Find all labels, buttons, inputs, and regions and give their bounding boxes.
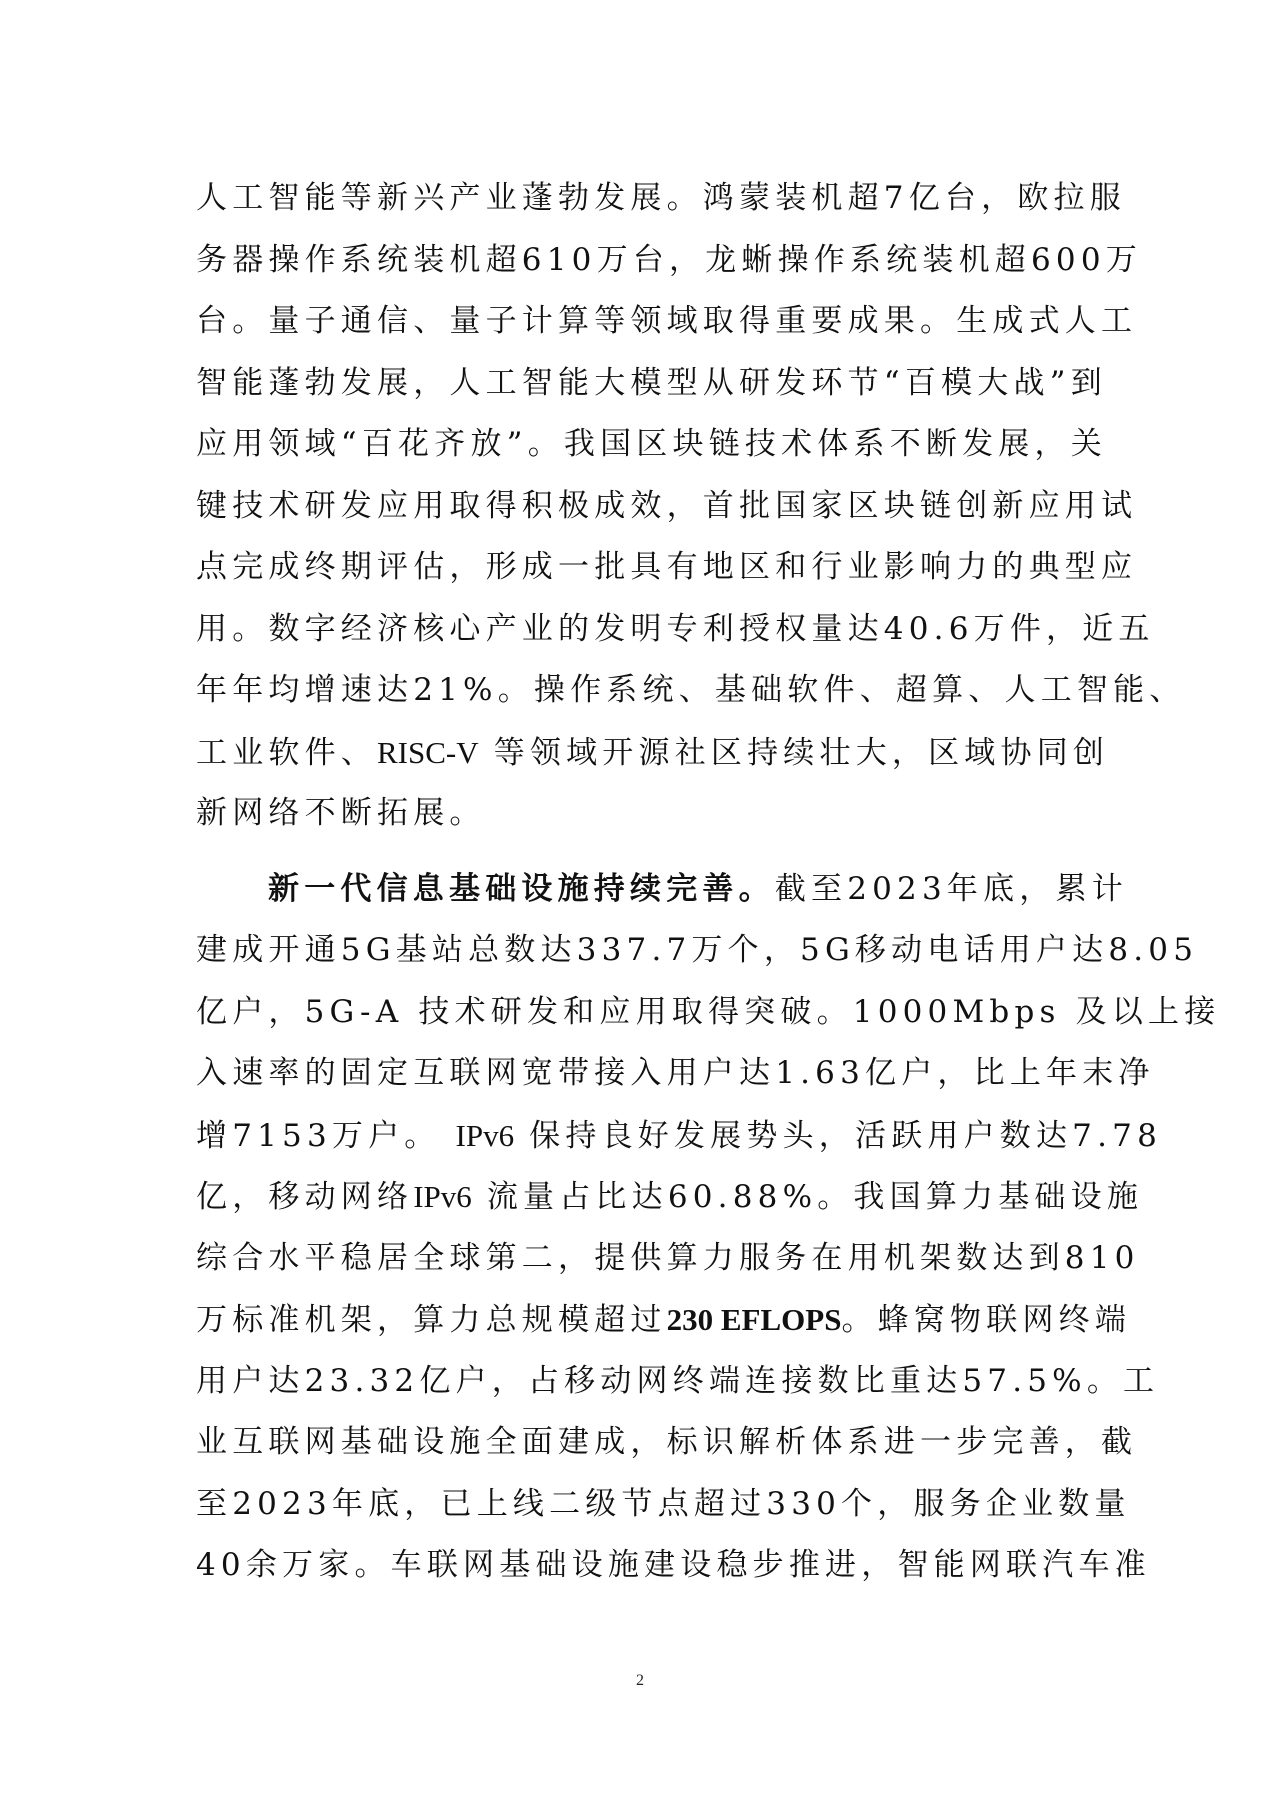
text-line: 新一代信息基础设施持续完善。截至2023年底，累计 bbox=[196, 859, 1096, 921]
text-line: 至2023年底，已上线二级节点超过330个，服务企业数量 bbox=[196, 1474, 1096, 1536]
text-line: 综合水平稳居全球第二，提供算力服务在用机架数达到810 bbox=[196, 1228, 1096, 1290]
paragraph-1: 人工智能等新兴产业蓬勃发展。鸿蒙装机超7亿台，欧拉服 务器操作系统装机超610万… bbox=[196, 168, 1096, 845]
latin-term: IPv6 bbox=[456, 1118, 515, 1153]
text-line: 万标准机架，算力总规模超过230 EFLOPS。蜂窝物联网终端 bbox=[196, 1289, 1096, 1351]
latin-term: RISC-V bbox=[377, 735, 479, 770]
text-line: 亿户，5G-A 技术研发和应用取得突破。1000Mbps 及以上接 bbox=[196, 982, 1096, 1044]
body-text: 人工智能等新兴产业蓬勃发展。鸿蒙装机超7亿台，欧拉服 务器操作系统装机超610万… bbox=[196, 168, 1096, 1597]
text-line: 工业软件、RISC-V 等领域开源社区持续壮大，区域协同创 bbox=[196, 722, 1096, 784]
text-line: 用。数字经济核心产业的发明专利授权量达40.6万件，近五 bbox=[196, 599, 1096, 661]
text-line: 40余万家。车联网基础设施建设稳步推进，智能网联汽车准 bbox=[196, 1535, 1096, 1597]
text-line: 点完成终期评估，形成一批具有地区和行业影响力的典型应 bbox=[196, 537, 1096, 599]
text-line: 建成开通5G基站总数达337.7万个，5G移动电话用户达8.05 bbox=[196, 920, 1096, 982]
text-line: 业互联网基础设施全面建成，标识解析体系进一步完善，截 bbox=[196, 1412, 1096, 1474]
text-line: 入速率的固定互联网宽带接入用户达1.63亿户，比上年末净 bbox=[196, 1043, 1096, 1105]
text-line: 台。量子通信、量子计算等领域取得重要成果。生成式人工 bbox=[196, 291, 1096, 353]
text-line: 键技术研发应用取得积极成效，首批国家区块链创新应用试 bbox=[196, 476, 1096, 538]
text-line: 增7153万户。 IPv6 保持良好发展势头，活跃用户数达7.78 bbox=[196, 1105, 1096, 1167]
bold-figure: 230 EFLOPS bbox=[667, 1302, 842, 1337]
text-line: 人工智能等新兴产业蓬勃发展。鸿蒙装机超7亿台，欧拉服 bbox=[196, 168, 1096, 230]
text-line: 年年均增速达21%。操作系统、基础软件、超算、人工智能、 bbox=[196, 660, 1096, 722]
latin-term: IPv6 bbox=[413, 1179, 472, 1214]
text-line: 用户达23.32亿户，占移动网终端连接数比重达57.5%。工 bbox=[196, 1351, 1096, 1413]
paragraph-heading: 新一代信息基础设施持续完善。 bbox=[268, 871, 775, 907]
text-line: 务器操作系统装机超610万台，龙蜥操作系统装机超600万 bbox=[196, 230, 1096, 292]
paragraph-2: 新一代信息基础设施持续完善。截至2023年底，累计 建成开通5G基站总数达337… bbox=[196, 859, 1096, 1597]
document-page: 人工智能等新兴产业蓬勃发展。鸿蒙装机超7亿台，欧拉服 务器操作系统装机超610万… bbox=[0, 0, 1280, 1810]
text-line: 亿，移动网络IPv6 流量占比达60.88%。我国算力基础设施 bbox=[196, 1166, 1096, 1228]
paragraph-gap bbox=[196, 845, 1096, 859]
text-line: 应用领域“百花齐放”。我国区块链技术体系不断发展，关 bbox=[196, 414, 1096, 476]
text-line: 新网络不断拓展。 bbox=[196, 783, 1096, 845]
page-number: 2 bbox=[0, 1672, 1280, 1690]
text-line: 智能蓬勃发展，人工智能大模型从研发环节“百模大战”到 bbox=[196, 353, 1096, 415]
